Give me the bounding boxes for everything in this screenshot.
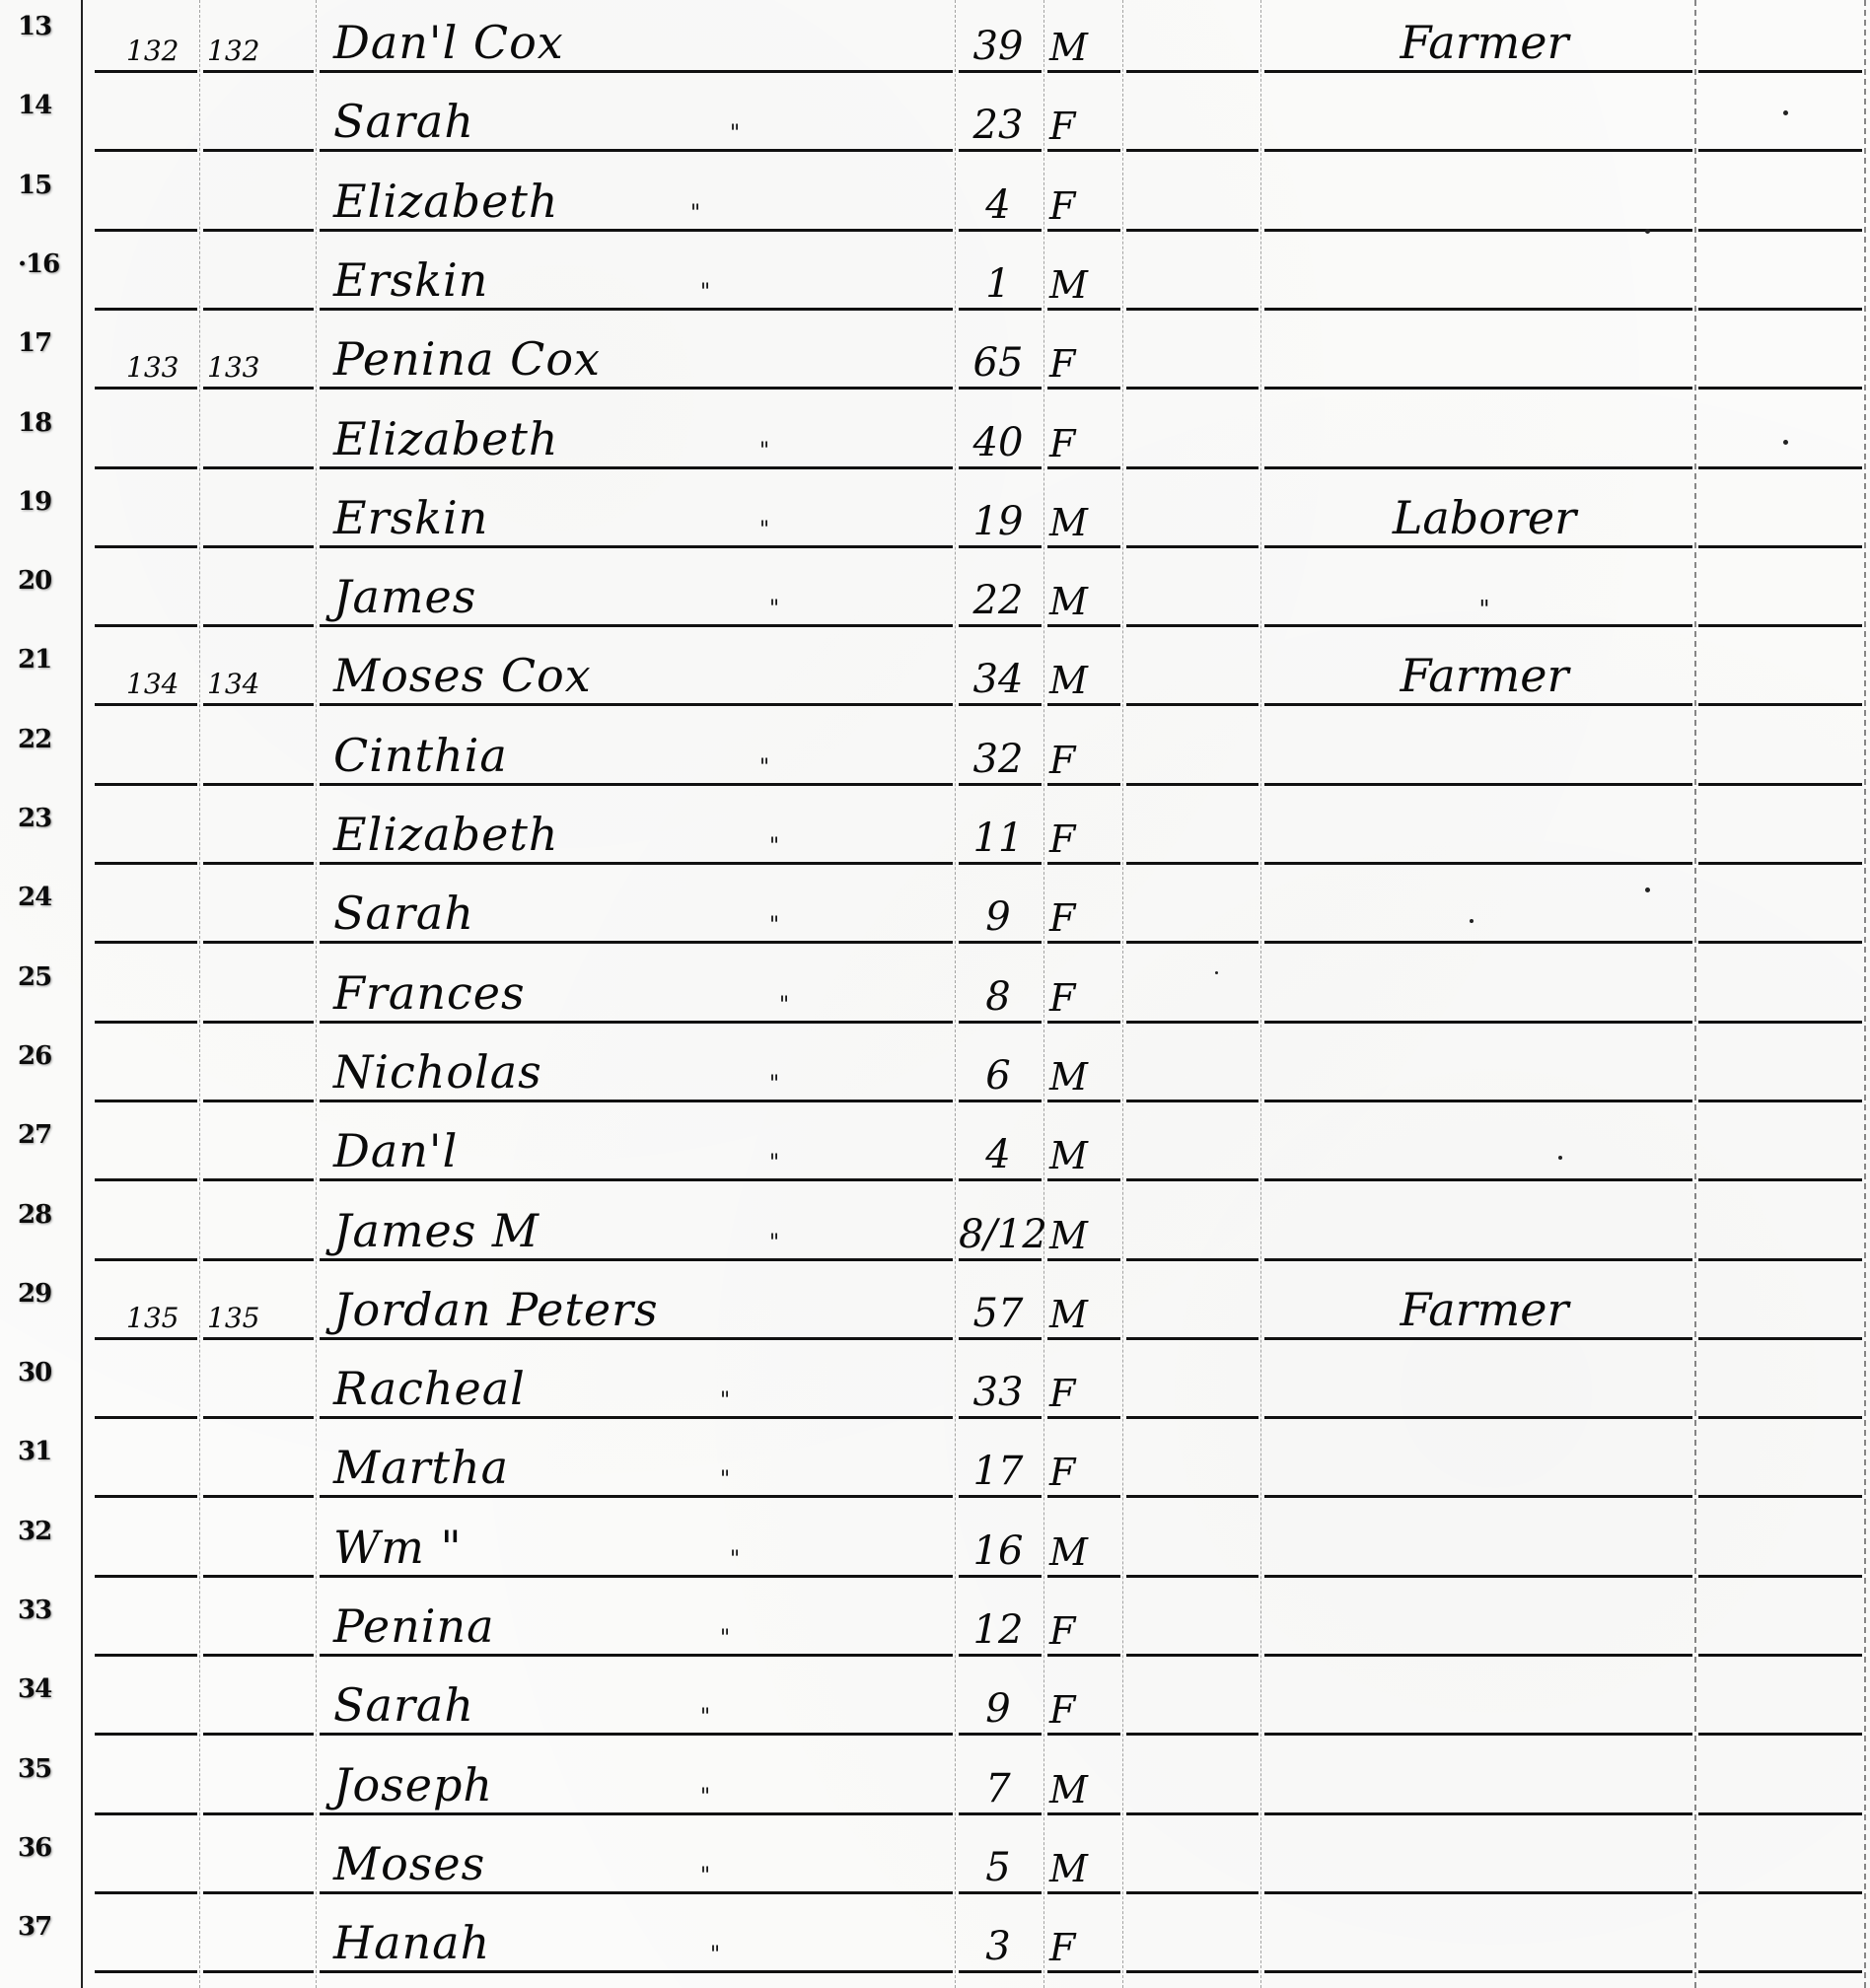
person-sex: F	[1049, 976, 1075, 1020]
person-sex: F	[1049, 105, 1075, 148]
census-row: 36 Moses " 5 M	[0, 1815, 1870, 1894]
line-number: 21	[18, 645, 77, 674]
surname-ditto-mark: "	[759, 518, 769, 542]
surname-ditto-mark: "	[769, 913, 779, 938]
person-name: Moses	[333, 1837, 485, 1890]
person-name: Dan'l Cox	[333, 16, 564, 69]
census-row: 17 133 133 Penina Cox 65 F	[0, 311, 1870, 390]
paper-speck	[1558, 1156, 1562, 1160]
dwelling-number: 134	[126, 668, 179, 700]
person-name: James M	[333, 1204, 539, 1257]
family-number: 132	[207, 35, 259, 67]
person-sex: M	[1049, 1214, 1088, 1257]
line-number: 15	[18, 171, 77, 200]
line-number: 18	[18, 408, 77, 438]
person-name: Elizabeth	[333, 808, 558, 861]
person-age: 12	[959, 1607, 1038, 1653]
person-age: 8	[959, 974, 1038, 1020]
census-row: 25 Frances " 8 F	[0, 945, 1870, 1024]
person-age: 39	[959, 24, 1038, 69]
person-name: Cinthia	[333, 729, 508, 782]
person-sex: M	[1049, 1293, 1088, 1336]
row-rule-family	[203, 1970, 314, 1973]
person-name: Sarah	[333, 887, 474, 940]
person-age: 16	[959, 1528, 1038, 1574]
paper-speck	[1215, 971, 1218, 974]
person-name: Wm "	[333, 1521, 463, 1574]
row-rule-real-estate	[1698, 1970, 1862, 1973]
person-age: 22	[959, 578, 1038, 623]
census-row: 23 Elizabeth " 11 F	[0, 786, 1870, 865]
line-number: 28	[18, 1200, 77, 1230]
person-name: Penina	[333, 1599, 495, 1653]
census-row: 35 Joseph " 7 M	[0, 1737, 1870, 1815]
surname-ditto-mark: "	[700, 1864, 710, 1888]
family-number: 134	[207, 668, 259, 700]
row-rule-name	[320, 1970, 953, 1973]
census-row: 24 Sarah " 9 F	[0, 865, 1870, 944]
line-number: 19	[18, 487, 77, 517]
person-sex: F	[1049, 1451, 1075, 1494]
surname-ditto-mark: "	[779, 993, 789, 1018]
person-age: 8/12	[959, 1212, 1038, 1257]
line-number: 31	[18, 1437, 77, 1466]
person-name: Penina Cox	[333, 332, 601, 386]
person-name: Hanah	[333, 1916, 490, 1969]
dwelling-number: 135	[126, 1302, 179, 1334]
person-name: James	[333, 570, 476, 623]
surname-ditto-mark: "	[759, 755, 769, 780]
line-number: 17	[18, 328, 77, 358]
person-age: 1	[959, 261, 1038, 307]
person-sex: M	[1049, 1134, 1088, 1177]
person-age: 6	[959, 1053, 1038, 1099]
census-row: 37 Hanah " 3 F	[0, 1894, 1870, 1973]
person-name: Frances	[333, 966, 526, 1020]
person-age: 65	[959, 340, 1038, 386]
surname-ditto-mark: "	[700, 1785, 710, 1810]
person-age: 17	[959, 1449, 1038, 1494]
line-number: 33	[18, 1596, 77, 1625]
person-age: 4	[959, 182, 1038, 228]
person-age: 23	[959, 103, 1038, 148]
person-sex: F	[1049, 817, 1075, 861]
line-number: 30	[18, 1358, 77, 1387]
person-sex: M	[1049, 659, 1088, 702]
line-number: 13	[18, 12, 77, 41]
person-sex: M	[1049, 501, 1088, 544]
census-row: 15 Elizabeth " 4 F	[0, 153, 1870, 232]
line-number: 25	[18, 962, 77, 992]
census-row: 19 Erskin " 19 M Laborer	[0, 469, 1870, 548]
person-name: Nicholas	[333, 1045, 542, 1099]
surname-ditto-mark: "	[769, 597, 779, 621]
person-age: 9	[959, 1686, 1038, 1732]
person-occupation: Farmer	[1272, 649, 1696, 702]
person-name: Joseph	[333, 1758, 493, 1811]
person-sex: F	[1049, 422, 1075, 465]
census-row: 26 Nicholas " 6 M	[0, 1024, 1870, 1102]
person-sex: M	[1049, 1530, 1088, 1574]
census-row: 30 Racheal " 33 F	[0, 1340, 1870, 1419]
family-number: 135	[207, 1302, 259, 1334]
census-page: 13 132 132 Dan'l Cox 39 M Farmer 14 Sara…	[0, 0, 1870, 1988]
surname-ditto-mark: "	[759, 439, 769, 463]
surname-ditto-mark: "	[720, 1626, 730, 1651]
census-row: 34 Sarah " 9 F	[0, 1657, 1870, 1736]
census-row: 31 Martha " 17 F	[0, 1419, 1870, 1498]
person-occupation: Farmer	[1272, 1283, 1696, 1336]
surname-ditto-mark: "	[730, 1547, 740, 1572]
person-name: Martha	[333, 1441, 509, 1494]
person-sex: F	[1049, 1926, 1075, 1969]
person-age: 3	[959, 1924, 1038, 1969]
person-name: Elizabeth	[333, 175, 558, 228]
line-number: ·16	[18, 249, 77, 279]
family-number: 133	[207, 351, 259, 384]
dwelling-number: 133	[126, 351, 179, 384]
census-row: 22 Cinthia " 32 F	[0, 707, 1870, 786]
line-number: 23	[18, 804, 77, 833]
paper-speck	[1645, 887, 1650, 892]
person-occupation: "	[1272, 596, 1696, 623]
line-number: 37	[18, 1912, 77, 1942]
person-age: 4	[959, 1132, 1038, 1177]
person-age: 40	[959, 420, 1038, 465]
census-row: 27 Dan'l " 4 M	[0, 1102, 1870, 1181]
person-name: Elizabeth	[333, 412, 558, 465]
row-rule-sex	[1047, 1970, 1120, 1973]
census-row: ·16 Erskin " 1 M	[0, 232, 1870, 311]
line-number: 20	[18, 566, 77, 596]
surname-ditto-mark: "	[769, 1072, 779, 1097]
census-row: 32 Wm " " 16 M	[0, 1499, 1870, 1578]
person-sex: M	[1049, 1847, 1088, 1890]
line-number: 35	[18, 1754, 77, 1784]
person-occupation: Farmer	[1272, 16, 1696, 69]
person-sex: M	[1049, 1055, 1088, 1099]
surname-ditto-mark: "	[769, 834, 779, 859]
person-sex: M	[1049, 263, 1088, 307]
census-row: 14 Sarah " 23 F	[0, 73, 1870, 152]
dwelling-number: 132	[126, 35, 179, 67]
person-name: Erskin	[333, 491, 488, 544]
person-sex: F	[1049, 739, 1075, 782]
person-age: 32	[959, 737, 1038, 782]
person-name: Sarah	[333, 1678, 474, 1732]
person-sex: M	[1049, 1768, 1088, 1811]
surname-ditto-mark: "	[720, 1388, 730, 1413]
line-number: 27	[18, 1120, 77, 1150]
line-number: 24	[18, 883, 77, 912]
person-age: 11	[959, 816, 1038, 861]
surname-ditto-mark: "	[769, 1151, 779, 1175]
line-number: 29	[18, 1279, 77, 1309]
person-name: Dan'l	[333, 1124, 458, 1177]
person-age: 7	[959, 1766, 1038, 1811]
line-number: 36	[18, 1833, 77, 1863]
person-sex: F	[1049, 1372, 1075, 1415]
surname-ditto-mark: "	[720, 1467, 730, 1492]
census-row: 21 134 134 Moses Cox 34 M Farmer	[0, 627, 1870, 706]
person-name: Moses Cox	[333, 649, 592, 702]
paper-speck	[1645, 229, 1650, 234]
surname-ditto-mark: "	[710, 1943, 720, 1967]
person-sex: F	[1049, 184, 1075, 228]
person-sex: F	[1049, 342, 1075, 386]
person-name: Jordan Peters	[333, 1283, 659, 1336]
person-sex: M	[1049, 26, 1088, 69]
person-name: Sarah	[333, 95, 474, 148]
row-rule-dwelling	[95, 1970, 197, 1973]
census-row: 28 James M " 8/12 M	[0, 1182, 1870, 1261]
person-age: 34	[959, 657, 1038, 702]
paper-speck	[1470, 919, 1474, 923]
census-row: 18 Elizabeth " 40 F	[0, 390, 1870, 469]
person-name: Racheal	[333, 1362, 526, 1415]
surname-ditto-mark: "	[700, 280, 710, 305]
person-age: 9	[959, 894, 1038, 940]
person-age: 57	[959, 1291, 1038, 1336]
person-age: 33	[959, 1370, 1038, 1415]
row-rule-age	[959, 1970, 1042, 1973]
line-number: 34	[18, 1674, 77, 1704]
line-number: 14	[18, 91, 77, 120]
paper-speck	[1783, 440, 1788, 445]
person-sex: F	[1049, 1688, 1075, 1732]
surname-ditto-mark: "	[769, 1231, 779, 1255]
surname-ditto-mark: "	[730, 121, 740, 146]
census-row: 13 132 132 Dan'l Cox 39 M Farmer	[0, 0, 1870, 73]
line-number: 32	[18, 1517, 77, 1546]
person-sex: F	[1049, 1609, 1075, 1653]
census-row: 33 Penina " 12 F	[0, 1578, 1870, 1657]
surname-ditto-mark: "	[700, 1705, 710, 1730]
person-age: 5	[959, 1845, 1038, 1890]
person-name: Erskin	[333, 253, 488, 307]
person-sex: F	[1049, 896, 1075, 940]
line-number: 22	[18, 725, 77, 754]
census-row: 29 135 135 Jordan Peters 57 M Farmer	[0, 1261, 1870, 1340]
person-age: 19	[959, 499, 1038, 544]
census-row: 20 James " 22 M "	[0, 548, 1870, 627]
surname-ditto-mark: "	[690, 201, 700, 226]
line-number: 26	[18, 1041, 77, 1071]
person-sex: M	[1049, 580, 1088, 623]
row-rule-color	[1126, 1970, 1259, 1973]
paper-speck	[1783, 110, 1788, 115]
person-occupation: Laborer	[1272, 491, 1696, 544]
row-rule-occupation	[1264, 1970, 1692, 1973]
